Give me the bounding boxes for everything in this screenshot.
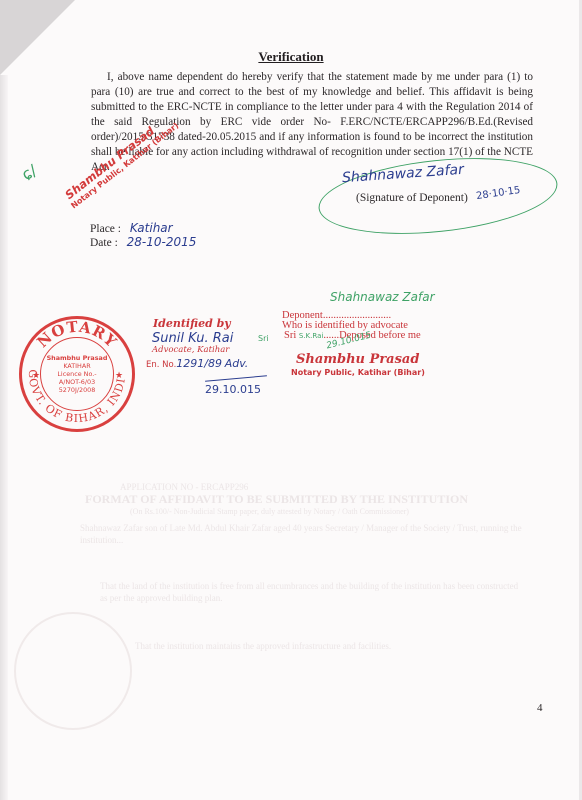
date-value: 28-10-2015: [127, 235, 197, 249]
enrolment-label: En. No.: [146, 360, 176, 370]
enrolment-value: 1291/89: [176, 357, 222, 370]
bleed-through-title: FORMAT OF AFFIDAVIT TO BE SUBMITTED BY T…: [85, 492, 468, 507]
page-edge-shadow: [0, 75, 8, 800]
seal-line: KATIHAR: [63, 362, 90, 370]
place-row: Place : Katihar: [90, 221, 173, 235]
seal-line: Licence No.-: [57, 370, 96, 378]
bleed-through-paragraph: Shahnawaz Zafar son of Late Md. Abdul Kh…: [80, 522, 530, 546]
bleed-through-heading: APPLICATION NO - ERCAPP296: [120, 482, 248, 492]
bleed-through-paragraph: That the land of the institution is free…: [100, 580, 520, 604]
identified-by-title: Identified by: [153, 317, 231, 330]
notary-seal: NOTARY GOVT. OF BIHAR, INDIA ★ ★ Shambhu…: [19, 316, 135, 432]
seal-line: Shambhu Prasad: [47, 354, 108, 362]
signature-label: (Signature of Deponent): [356, 192, 468, 204]
deponent-name-handwritten: Shahnawaz Zafar: [330, 290, 435, 304]
bleed-through-paragraph: That the institution maintains the appro…: [135, 640, 515, 652]
place-value: Katihar: [130, 221, 173, 235]
bleed-through-subtitle: (On Rs.100/- Non-Judicial Stamp paper, d…: [130, 507, 409, 516]
seal-line: A/NOT-6/03: [59, 378, 95, 386]
bleed-through-seal: [14, 612, 132, 730]
deposed-hand: S.K.Rai: [299, 332, 323, 340]
advocate-note: Sri: [258, 334, 269, 343]
identified-date: 29.10.015: [205, 383, 261, 396]
advocate-designation: Advocate, Katihar: [152, 345, 229, 355]
document-title: Verification: [0, 49, 582, 65]
notary-subtitle: Notary Public, Katihar (Bihar): [291, 368, 425, 377]
deposed-prefix: Sri: [284, 330, 299, 341]
page-number: 4: [537, 702, 543, 714]
svg-text:★: ★: [115, 370, 123, 380]
enrolment-number: En. No.1291/89 Adv.: [146, 357, 248, 370]
advocate-signature: Sunil Ku. Rai: [152, 331, 233, 346]
date-row: Date : 28-10-2015: [90, 235, 196, 249]
notary-name: Shambhu Prasad: [296, 352, 419, 367]
document-page: APPLICATION NO - ERCAPP296 FORMAT OF AFF…: [0, 0, 582, 800]
date-label: Date :: [90, 237, 118, 249]
underline: [205, 375, 267, 381]
svg-text:★: ★: [32, 370, 40, 380]
adv-abbrev: Adv.: [225, 357, 249, 370]
seal-inner-text: Shambhu Prasad KATIHAR Licence No.- A/NO…: [40, 337, 114, 411]
place-label: Place :: [90, 223, 121, 235]
seal-line: 5270J/2008: [59, 386, 96, 394]
